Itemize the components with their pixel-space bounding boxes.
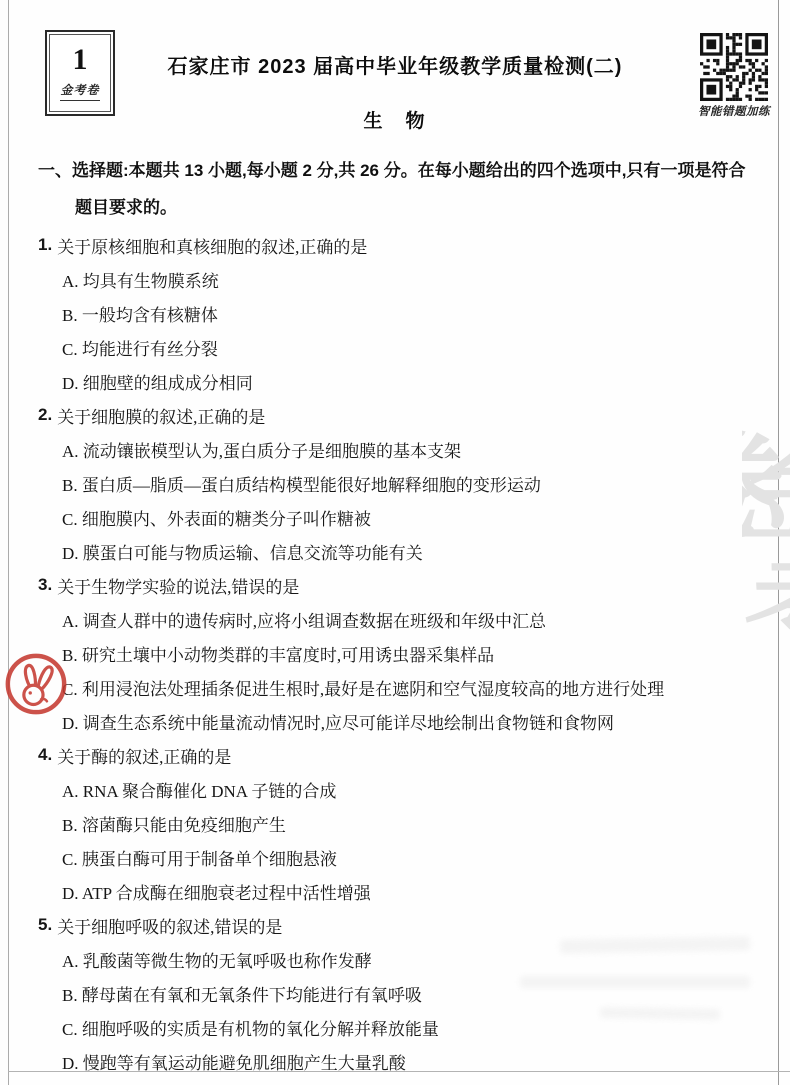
question-1: 1. 关于原核细胞和真核细胞的叙述,正确的是 A. 均具有生物膜系统 B. 一般…	[38, 228, 756, 398]
question-5: 5. 关于细胞呼吸的叙述,错误的是 A. 乳酸菌等微生物的无氧呼吸也称作发酵 B…	[38, 908, 756, 1078]
question-stem-row: 5. 关于细胞呼吸的叙述,错误的是	[38, 908, 756, 942]
question-stem-row: 2. 关于细胞膜的叙述,正确的是	[38, 398, 756, 432]
volume-number: 1	[73, 45, 88, 75]
section-instructions: 本题共 13 小题,每小题 2 分,共 26 分。在每小题给出的四个选项中,只有…	[75, 161, 745, 217]
exam-page: 1 金考卷 石家庄市 2023 届高中毕业年级教学质量检测(二) 智能错题加练 …	[0, 0, 790, 1085]
subject-title: 生 物	[0, 106, 790, 133]
option-1d: D. 细胞壁的组成成分相同	[38, 364, 756, 398]
option-4a: A. RNA 聚合酶催化 DNA 子链的合成	[38, 772, 756, 806]
volume-badge: 1 金考卷	[45, 30, 115, 116]
question-number: 4.	[38, 745, 52, 765]
question-number: 2.	[38, 405, 52, 425]
option-2b: B. 蛋白质—脂质—蛋白质结构模型能很好地解释细胞的变形运动	[38, 466, 756, 500]
brand-label: 金考卷	[60, 81, 99, 101]
question-stem-row: 1. 关于原核细胞和真核细胞的叙述,正确的是	[38, 228, 756, 262]
bleed-through-artifact	[520, 976, 750, 988]
question-stem: 关于生物学实验的说法,错误的是	[57, 573, 299, 598]
page-border-left	[8, 0, 9, 1085]
section-label: 一、选择题:	[38, 161, 129, 180]
option-4b: B. 溶菌酶只能由免疫细胞产生	[38, 806, 756, 840]
watermark: 金考卷	[742, 425, 790, 755]
option-1c: C. 均能进行有丝分裂	[38, 330, 756, 364]
question-stem: 关于细胞膜的叙述,正确的是	[57, 403, 265, 428]
option-1a: A. 均具有生物膜系统	[38, 262, 756, 296]
option-4d: D. ATP 合成酶在细胞衰老过程中活性增强	[38, 874, 756, 908]
question-number: 1.	[38, 235, 52, 255]
option-2a: A. 流动镶嵌模型认为,蛋白质分子是细胞膜的基本支架	[38, 432, 756, 466]
option-3d: D. 调查生态系统中能量流动情况时,应尽可能详尽地绘制出食物链和食物网	[38, 704, 756, 738]
qr-code-icon	[700, 33, 768, 101]
question-number: 5.	[38, 915, 52, 935]
option-4c: C. 胰蛋白酶可用于制备单个细胞悬液	[38, 840, 756, 874]
volume-badge-frame: 1 金考卷	[49, 34, 111, 112]
question-number: 3.	[38, 575, 52, 595]
question-3: 3. 关于生物学实验的说法,错误的是 A. 调查人群中的遗传病时,应将小组调查数…	[38, 568, 756, 738]
option-3a: A. 调查人群中的遗传病时,应将小组调查数据在班级和年级中汇总	[38, 602, 756, 636]
qr-code	[700, 33, 768, 101]
question-stem: 关于细胞呼吸的叙述,错误的是	[57, 913, 282, 938]
option-1b: B. 一般均含有核糖体	[38, 296, 756, 330]
question-stem-row: 3. 关于生物学实验的说法,错误的是	[38, 568, 756, 602]
exam-title: 石家庄市 2023 届高中毕业年级教学质量检测(二)	[130, 50, 660, 79]
option-2d: D. 膜蛋白可能与物质运输、信息交流等功能有关	[38, 534, 756, 568]
option-5d: D. 慢跑等有氧运动能避免肌细胞产生大量乳酸	[38, 1044, 756, 1078]
question-4: 4. 关于酶的叙述,正确的是 A. RNA 聚合酶催化 DNA 子链的合成 B.…	[38, 738, 756, 908]
question-2: 2. 关于细胞膜的叙述,正确的是 A. 流动镶嵌模型认为,蛋白质分子是细胞膜的基…	[38, 398, 756, 568]
question-stem: 关于原核细胞和真核细胞的叙述,正确的是	[57, 233, 367, 258]
option-3b: B. 研究土壤中小动物类群的丰富度时,可用诱虫器采集样品	[38, 636, 756, 670]
option-2c: C. 细胞膜内、外表面的糖类分子叫作糖被	[38, 500, 756, 534]
bleed-through-artifact	[600, 1007, 720, 1020]
section-header: 一、选择题:本题共 13 小题,每小题 2 分,共 26 分。在每小题给出的四个…	[38, 152, 756, 226]
question-stem: 关于酶的叙述,正确的是	[57, 743, 231, 768]
question-stem-row: 4. 关于酶的叙述,正确的是	[38, 738, 756, 772]
option-3c: C. 利用浸泡法处理插条促进生根时,最好是在遮阴和空气湿度较高的地方进行处理	[38, 670, 756, 704]
